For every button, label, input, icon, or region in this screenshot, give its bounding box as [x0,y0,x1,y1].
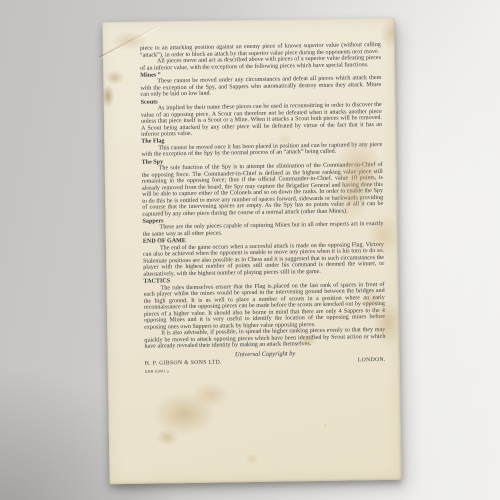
section-paragraph: The rules themselves ensure that the Fla… [144,282,386,331]
section-paragraph: The sole function of the Spy is to attem… [142,162,384,218]
rules-leaflet-page: piece to an attacking position against a… [102,18,401,485]
section-paragraph: It is also advisable, if possible, to sp… [144,327,385,350]
rules-text-column: piece to an attacking position against a… [140,42,386,374]
section-paragraph: As implied by their name these pieces ca… [141,102,382,138]
section-paragraph: The end of the game occurs when a succes… [143,242,384,278]
section-paragraph: These cannot be moved under any circumst… [140,75,381,98]
publisher-name: H. P. GIBSON & SONS LTD. [145,360,222,368]
publisher-city: LONDON. [358,357,386,364]
photo-background: piece to an attacking position against a… [0,0,500,500]
